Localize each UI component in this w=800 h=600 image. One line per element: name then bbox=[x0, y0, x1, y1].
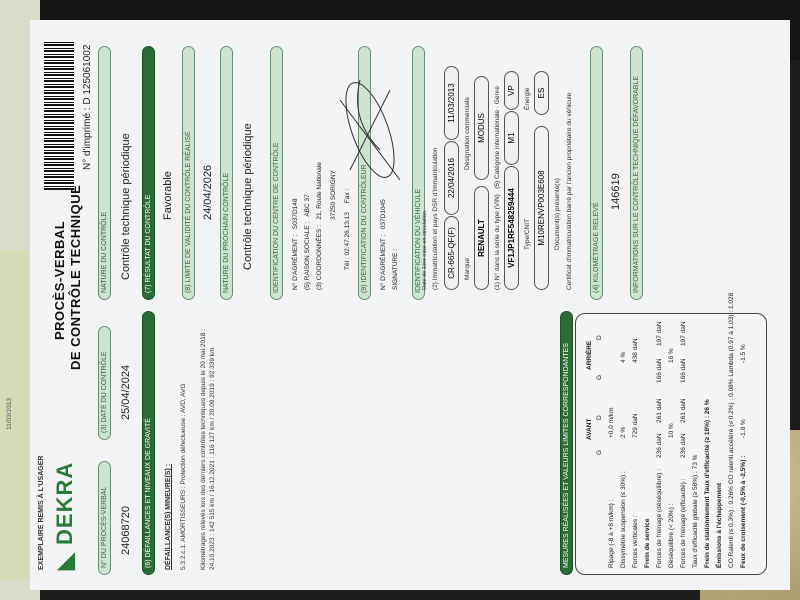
control-nature: Contrôle technique périodique bbox=[120, 133, 132, 280]
rear-header: ARRIÈRE bbox=[586, 341, 593, 370]
mileage-value: 146619 bbox=[610, 173, 622, 210]
measure-row: Déséquilibre (< 20%) :10 %16 % bbox=[668, 318, 680, 568]
center-company: (5) RAISON SOCIALE : ABC 37 bbox=[304, 194, 311, 290]
measure-row: Forces de freinage (efficacité) :236 daN… bbox=[680, 318, 692, 568]
copy-label: EXEMPLAIRE REMIS À L'USAGER bbox=[38, 456, 45, 570]
registration-label: (2) Immatriculation et pays DSR d'immatr… bbox=[432, 148, 439, 290]
minor-defect-item: 5.3.2.c.1. AMORTISSEURS : Protection déf… bbox=[180, 384, 187, 570]
mileage-label: (4) KILOMÉTRAGE RELEVÉ bbox=[590, 46, 603, 300]
next-control: Contrôle technique périodique bbox=[242, 123, 254, 270]
control-result: Favorable bbox=[162, 171, 174, 220]
measure-row: CO Ralenti (≤ 0.3%) : 0.26% CO ralenti a… bbox=[728, 318, 740, 568]
unfavorable-label: INFORMATIONS SUR LE CONTRÔLE TECHNIQUE D… bbox=[630, 46, 643, 300]
validity-label: (8) LIMITE DE VALIDITÉ DU CONTRÔLE RÉALI… bbox=[182, 46, 195, 300]
mileage-history: 24.10.2023 : 142 515 km / 16.12.2021 : 1… bbox=[209, 348, 216, 571]
minor-defects-heading: DÉFAILLANCE(S) MINEURE(S) : bbox=[165, 464, 172, 570]
registration-date: 22/04/2016 bbox=[444, 141, 459, 215]
front-right-header: D bbox=[596, 415, 603, 420]
center-address: (3) COORDONNÉES : 21, Route Nationale bbox=[316, 162, 323, 290]
pv-number: 24068720 bbox=[120, 506, 132, 555]
mileage-note: Kilométrages relevés lors des derniers c… bbox=[200, 329, 207, 570]
signature-label: SIGNATURE : bbox=[392, 249, 399, 290]
inspection-report: EXEMPLAIRE REMIS À L'USAGER ◣ DEKRA PROC… bbox=[30, 20, 790, 590]
model-label: Désignation commerciale bbox=[464, 97, 471, 170]
registration-number: CR-665-QF(F) bbox=[444, 216, 459, 290]
dekra-logo-icon: ◣ bbox=[52, 552, 77, 570]
rear-left-header: G bbox=[596, 375, 603, 380]
pv-number-label: N° DU PROCÈS-VERBAL bbox=[98, 461, 111, 575]
controller-agreement: N° D'AGRÉMENT : 037D1045 bbox=[380, 199, 387, 290]
front-left-header: G bbox=[596, 450, 603, 455]
type-label: Type/CNIT bbox=[524, 219, 531, 250]
vehicle-vin: VF1JP1RF548259444 bbox=[504, 166, 519, 290]
center-agreement: N° D'AGRÉMENT : S037D148 bbox=[292, 198, 299, 290]
front-header: AVANT bbox=[586, 419, 593, 440]
vehicle-energy: ES bbox=[534, 71, 549, 115]
energy-label: Énergie bbox=[524, 88, 531, 110]
measures-label: MESURES RÉALISÉES ET VALEURS LIMITES COR… bbox=[560, 311, 573, 575]
vehicle-type: M10RENVP003E608 bbox=[534, 126, 549, 290]
control-date: 25/04/2024 bbox=[120, 365, 132, 420]
measure-row: Frein de stationnement Taux d'efficacité… bbox=[704, 318, 716, 568]
validity-date: 24/04/2026 bbox=[202, 165, 214, 220]
result-label: (7) RÉSULTAT DU CONTRÔLE bbox=[142, 46, 155, 300]
title-line2: DE CONTRÔLE TECHNIQUE bbox=[68, 185, 83, 370]
vehicle-make: RENAULT bbox=[474, 186, 489, 290]
measure-row: Forces verticales :729 daN438 daN bbox=[632, 318, 644, 568]
barcode bbox=[44, 40, 74, 190]
dekra-logo: ◣ DEKRA bbox=[52, 462, 78, 570]
signature-scribble bbox=[330, 70, 410, 190]
report-page: EXEMPLAIRE REMIS À L'USAGER ◣ DEKRA PROC… bbox=[30, 20, 790, 590]
printed-number: N° d'imprimé : D 125061002 bbox=[82, 45, 93, 170]
first-use-label: Date de 1ère mise en circulation bbox=[422, 211, 428, 290]
measure-rows: Ripage (-8 à +8 m/km) :+0,0 m/kmDissymét… bbox=[608, 318, 752, 568]
defects-label: (6) DÉFAILLANCES ET NIVEAUX DE GRAVITÉ bbox=[142, 311, 155, 575]
nature-label: NATURE DU CONTRÔLE bbox=[98, 46, 111, 300]
title-line1: PROCÈS-VERBAL bbox=[52, 221, 67, 340]
center-phone: Tél : 02.47.26.13.13 Fax : bbox=[344, 189, 351, 270]
vin-label: (1) N° dans la série du type (VIN) (5) C… bbox=[494, 86, 501, 290]
center-label: IDENTIFICATION DU CENTRE DE CONTRÔLE bbox=[270, 46, 283, 300]
docs-label: Document(s) présenté(s) bbox=[554, 178, 561, 250]
measure-row: Forces de freinage (déséquilibre) :236 d… bbox=[656, 318, 668, 568]
measure-row: Frein de service bbox=[644, 318, 656, 568]
first-use-date: 11/03/2013 bbox=[444, 66, 459, 140]
measure-row: Feux de croisement (-0,5% à -2,5%) :-1.8… bbox=[740, 318, 752, 568]
measure-row: Émissions à l'échappement bbox=[716, 318, 728, 568]
date-label: (3) DATE DU CONTRÔLE bbox=[98, 326, 111, 440]
measure-row: Dissymétrie suspension (≤ 30%) :2 %4 % bbox=[620, 318, 632, 568]
vehicle-model: MODUS bbox=[474, 76, 489, 180]
next-control-label: NATURE DU PROCHAIN CONTRÔLE bbox=[220, 46, 233, 300]
measure-row: Taux d'efficacité globale (≥ 58%) : 73 % bbox=[692, 318, 704, 568]
docs-presented: Certificat d'immatriculation barré par l… bbox=[566, 93, 573, 290]
vehicle-category: M1 bbox=[504, 111, 519, 165]
measure-row: Ripage (-8 à +8 m/km) :+0,0 m/km bbox=[608, 318, 620, 568]
make-label: Marque bbox=[464, 258, 471, 280]
side-sheet-date: 11/03/2013 bbox=[6, 398, 13, 430]
rear-right-header: D bbox=[596, 335, 603, 340]
vehicle-genre: VP bbox=[504, 71, 519, 110]
